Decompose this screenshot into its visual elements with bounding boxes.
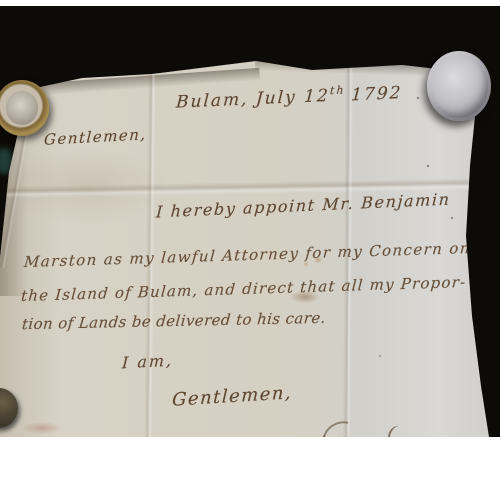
letter-photograph: Bulam, July 12th1792 Gentlemen, I hereby… xyxy=(0,6,500,437)
gold-coin-center xyxy=(6,91,38,125)
letter-closing-salutation: Gentlemen, xyxy=(172,382,293,410)
letter-paper: Bulam, July 12th1792 Gentlemen, I hereby… xyxy=(0,6,500,437)
cut-off-pen-stroke xyxy=(317,415,366,437)
letter-body-line: Marston as my lawful Attorney for my Con… xyxy=(23,239,471,271)
letter-closing: I am, xyxy=(122,351,174,373)
page: Bulam, July 12th1792 Gentlemen, I hereby… xyxy=(0,0,500,500)
dateline-year: 1792 xyxy=(351,83,403,105)
dateline-ordinal: th xyxy=(330,84,346,98)
letter-salutation: Gentlemen, xyxy=(44,125,148,148)
letter-body-line: tion of Lands be delivered to his care. xyxy=(21,309,326,333)
silver-coin xyxy=(427,51,491,121)
cut-off-pen-stroke xyxy=(386,424,409,437)
letter-dateline: Bulam, July 12th1792 xyxy=(175,81,403,113)
letter-body-line: the Island of Bulam, and direct that all… xyxy=(20,273,467,305)
dateline-place-date: Bulam, July 12 xyxy=(175,86,330,113)
